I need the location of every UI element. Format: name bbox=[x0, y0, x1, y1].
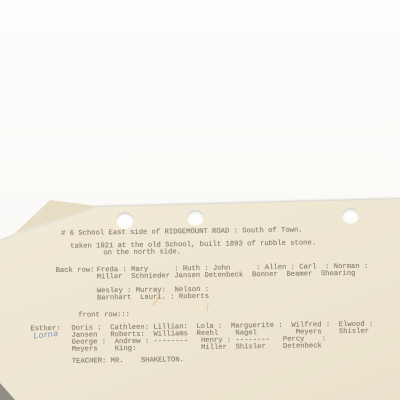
caption-heading: # 6 School East side of RIDGEMOUNT ROAD … bbox=[61, 228, 303, 238]
pencil-mark bbox=[203, 303, 208, 312]
caption-north-side-line: on the north side. bbox=[103, 249, 181, 257]
back-row-surnames-2: Barnhart Lauri. : Roberts bbox=[97, 294, 209, 303]
teacher-line: TEACHER: MR. SHAKELTON. bbox=[72, 357, 184, 366]
back-row-label: Back row: bbox=[56, 267, 95, 275]
typed-text-layer: # 6 School East side of RIDGEMOUNT ROAD … bbox=[0, 0, 400, 400]
front-row-surnames-2: Meyers King: Miller Shisler Detenbeck bbox=[72, 343, 322, 353]
front-row-label: front row::: bbox=[78, 312, 130, 320]
back-row-surnames: Miller Schnieder Jansen Detenbeck Bonner… bbox=[97, 271, 356, 282]
handwritten-note: Lorna bbox=[33, 330, 59, 340]
scanned-document-photo: # 6 School East side of RIDGEMOUNT ROAD … bbox=[0, 0, 400, 400]
